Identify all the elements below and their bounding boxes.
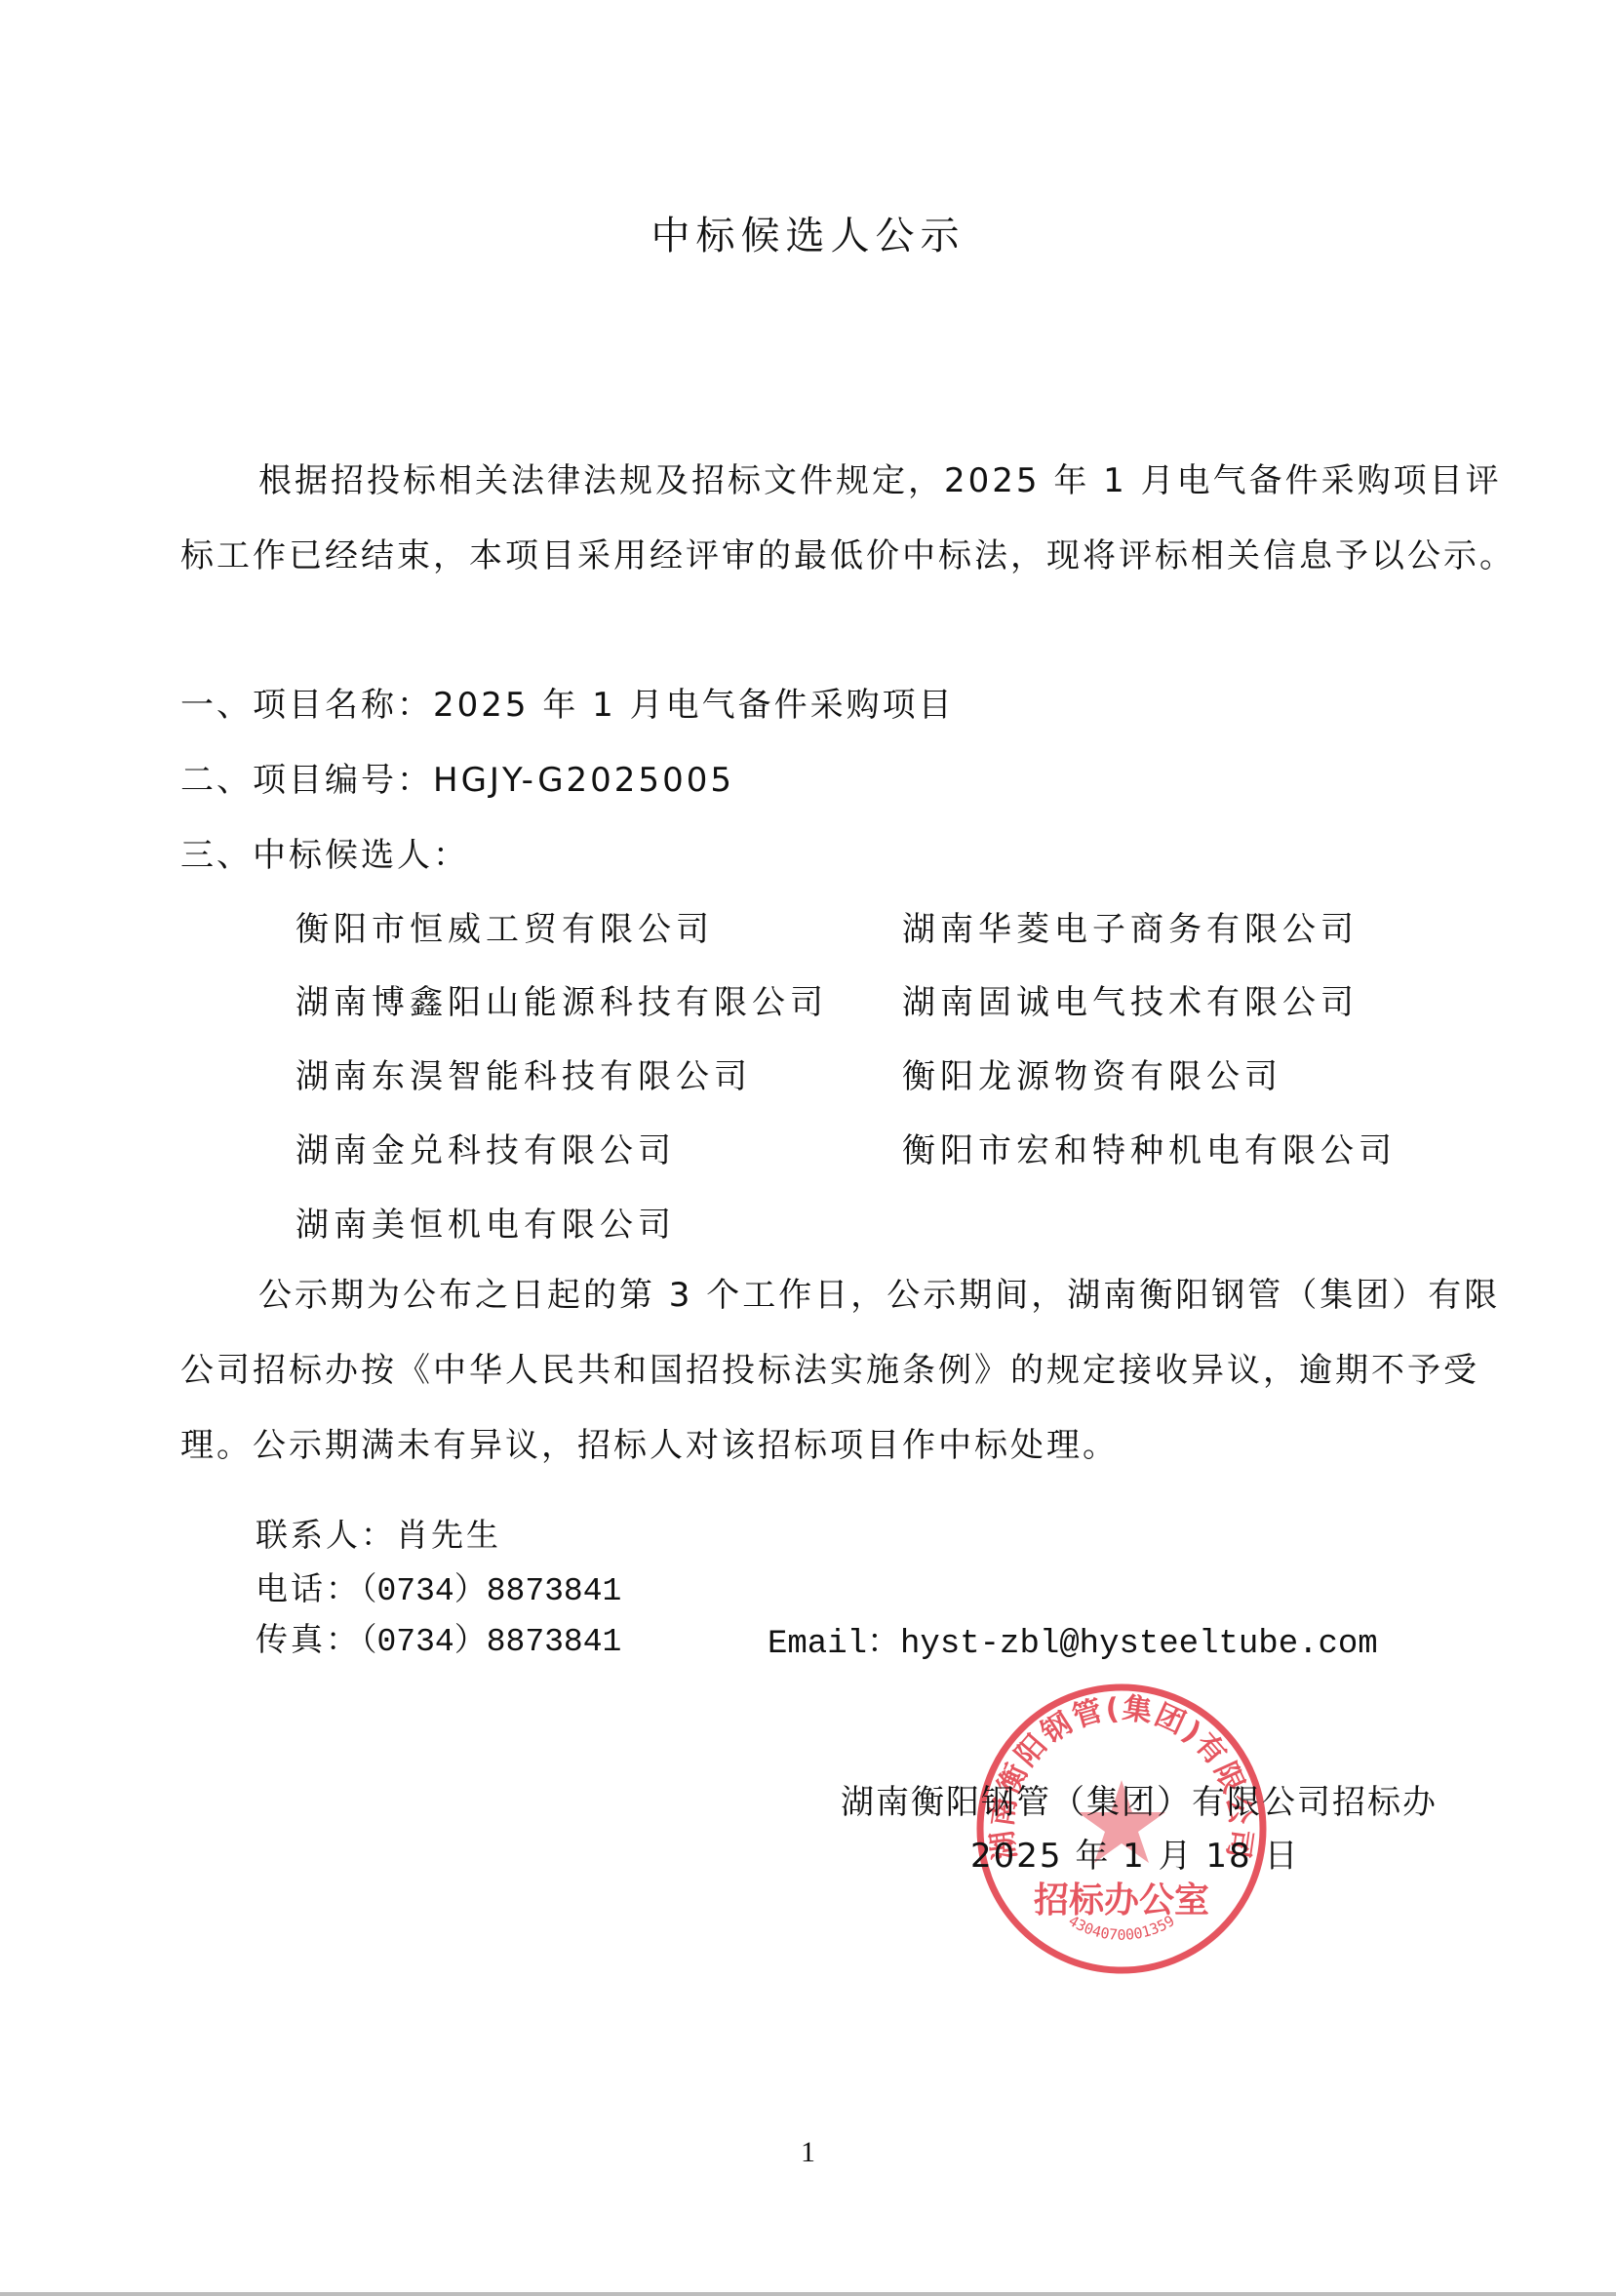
notice-paragraph: 公示期为公布之日起的第 3 个工作日，公示期间，湖南衡阳钢管（集团）有限公司招标… <box>180 1258 1521 1484</box>
candidate-item: 湖南金兑科技有限公司 <box>296 1124 676 1171</box>
project-number-line: 二、项目编号：HGJY-G2025005 <box>180 753 734 801</box>
candidate-item: 衡阳市恒威工贸有限公司 <box>296 902 714 950</box>
contact-fax-value: （0734）8873841 <box>361 1624 621 1660</box>
intro-paragraph: 根据招投标相关法律法规及招标文件规定，2025 年 1 月电气备件采购项目评标工… <box>180 444 1521 594</box>
candidate-item: 衡阳龙源物资有限公司 <box>902 1049 1282 1097</box>
candidate-item: 湖南固诚电气技术有限公司 <box>902 975 1359 1023</box>
contact-email-value: hyst-zbl@hysteeltube.com <box>900 1626 1378 1663</box>
candidate-item: 衡阳市宏和特种机电有限公司 <box>902 1124 1397 1171</box>
scan-edge <box>0 2292 1616 2296</box>
candidate-item: 湖南东淏智能科技有限公司 <box>296 1049 752 1097</box>
document-title: 中标候选人公示 <box>0 205 1616 260</box>
contact-fax-label: 传真： <box>256 1620 361 1658</box>
project-name-label: 一、项目名称： <box>180 686 433 725</box>
contact-phone-value: （0734）8873841 <box>361 1573 621 1609</box>
candidate-item: 湖南华菱电子商务有限公司 <box>902 902 1359 950</box>
contact-phone-label: 电话： <box>256 1569 361 1607</box>
project-number-value: HGJY-G2025005 <box>433 761 734 800</box>
signature-date: 2025 年 1 月 18 日 <box>970 1829 1299 1877</box>
contact-person-value: 肖先生 <box>396 1516 501 1554</box>
contact-fax: 传真：（0734）8873841 <box>256 1614 621 1660</box>
contact-email-label: Email： <box>768 1626 900 1663</box>
project-name-value: 2025 年 1 月电气备件采购项目 <box>433 686 955 725</box>
contact-phone: 电话：（0734）8873841 <box>256 1564 621 1609</box>
project-name-line: 一、项目名称：2025 年 1 月电气备件采购项目 <box>180 678 955 726</box>
signature-org: 湖南衡阳钢管（集团）有限公司招标办 <box>841 1775 1438 1823</box>
candidates-label: 三、中标候选人： <box>180 836 469 875</box>
contact-email: Email：hyst-zbl@hysteeltube.com <box>768 1614 1378 1663</box>
page-number: 1 <box>0 2136 1616 2169</box>
contact-person: 联系人：肖先生 <box>256 1510 501 1556</box>
candidates-heading: 三、中标候选人： <box>180 828 469 876</box>
candidate-item: 湖南博鑫阳山能源科技有限公司 <box>296 975 828 1023</box>
seal-center-text: 招标办公室 <box>1034 1880 1209 1920</box>
contact-person-label: 联系人： <box>256 1516 396 1554</box>
candidate-item: 湖南美恒机电有限公司 <box>296 1198 676 1246</box>
project-number-label: 二、项目编号： <box>180 761 433 800</box>
document-page: 中标候选人公示 根据招投标相关法律法规及招标文件规定，2025 年 1 月电气备… <box>0 0 1616 2296</box>
